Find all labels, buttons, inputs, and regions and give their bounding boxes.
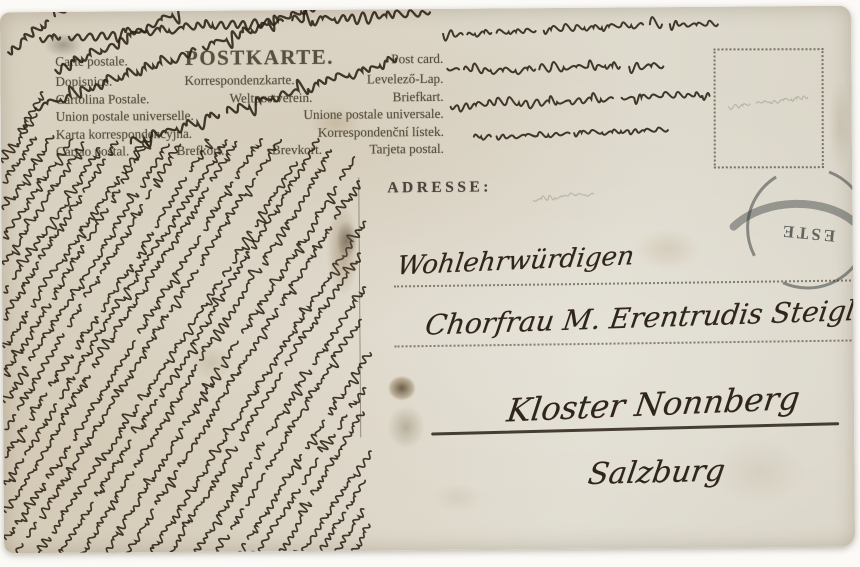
- script-line-message-diagonal: [344, 523, 373, 553]
- paper-stain: [180, 338, 242, 386]
- script-line-message-diagonal: [28, 156, 303, 554]
- postmark-circle: [747, 168, 855, 289]
- script-line-message-diagonal: [139, 217, 371, 554]
- paper-stain: [384, 372, 420, 404]
- postmark-smudge-arc: [733, 203, 853, 226]
- printed-label: Cartolina Postale.: [56, 90, 150, 108]
- printed-label: Union postale universelle.: [56, 107, 194, 126]
- script-line-message-diagonal: [0, 109, 39, 165]
- message-address-divider-line: [358, 178, 361, 438]
- scan-background: { "postcard": { "printed_header": { "lin…: [0, 0, 860, 567]
- printed-header-line: Carte postale.POSTKARTE.Post card.: [55, 45, 443, 73]
- printed-label: Post card.: [391, 47, 443, 70]
- script-line-message-diagonal: [1, 137, 216, 462]
- script-line-message-diagonal: [182, 276, 375, 554]
- address-line-3: Kloster Nonnberg: [505, 379, 802, 429]
- printed-header: Carte postale.POSTKARTE.Post card.Dopisn…: [55, 45, 444, 161]
- address-line-4: Salzburg: [586, 453, 728, 491]
- printed-header-line: Dopisnice.Korrespondenzkarte.Levelező-La…: [55, 70, 443, 91]
- script-line-message-diagonal: [0, 140, 174, 405]
- script-line-message-diagonal: [246, 383, 368, 553]
- script-line-message-diagonal: [229, 349, 375, 553]
- script-line-message-diagonal: [0, 137, 147, 354]
- script-line-message-diagonal: [203, 310, 371, 554]
- script-line-message-diagonal: [46, 137, 329, 553]
- address-line-2: Chorfrau M. Erentrudis Steigl: [423, 294, 855, 342]
- script-line-message-diagonal: [112, 178, 367, 553]
- script-line-message-diagonal: [0, 132, 59, 215]
- script-line-message-diagonal: [0, 134, 246, 514]
- printed-label: Brevkort.: [272, 141, 322, 159]
- printed-label: Briefkart.: [393, 87, 444, 105]
- postcard: Carte postale.POSTKARTE.Post card.Dopisn…: [0, 6, 855, 554]
- printed-label: Unione postale universale.: [303, 105, 443, 124]
- printed-label: POSTKARTE.: [185, 46, 334, 70]
- script-line-pencil-marks: [533, 191, 594, 202]
- address-line-1: Wohlehrwürdigen: [395, 241, 636, 281]
- script-line-top-right-message: [474, 127, 674, 140]
- printed-label: Korrespondenční lístek.: [318, 122, 444, 140]
- script-line-header-overlap: [40, 6, 431, 49]
- script-line-top-right-message: [447, 59, 663, 78]
- script-line-message-diagonal: [91, 154, 362, 554]
- script-line-message-diagonal: [66, 148, 340, 554]
- script-line-top-right-message: [443, 14, 718, 40]
- address-underline: [431, 422, 839, 435]
- paper-stain: [380, 397, 432, 457]
- script-line-message-diagonal: [1, 135, 37, 186]
- printed-label: Carte postale.: [55, 49, 128, 73]
- script-line-message-diagonal: [0, 134, 160, 377]
- postmark-text: ESTE: [779, 221, 836, 245]
- printed-header-line: Cartao postal.Brefkort.Brevkort.Tarjeta …: [56, 140, 444, 161]
- script-line-message-diagonal: [328, 507, 368, 553]
- paper-stain: [822, 61, 855, 191]
- postmark-stamp: ESTE: [715, 156, 855, 297]
- printed-label: Karta korrespondencyjna.: [56, 124, 192, 143]
- printed-label: Cartao postal.: [56, 142, 129, 160]
- script-line-top-right-message: [450, 88, 709, 112]
- printed-label: Dopisnice.: [55, 72, 112, 90]
- printed-label: Korrespondenzkarte.: [184, 71, 294, 89]
- printed-label: Tarjeta postal.: [369, 140, 444, 158]
- stamp-box: [714, 48, 824, 168]
- script-line-message-diagonal: [2, 131, 272, 544]
- paper-stain: [422, 476, 494, 519]
- address-dotted-line-2: [395, 339, 856, 347]
- script-line-message-diagonal: [0, 134, 193, 431]
- script-line-message-diagonal: [0, 137, 109, 297]
- printed-label: Weltpostverein.: [230, 88, 313, 106]
- printed-label: Levelező-Lap.: [367, 70, 444, 88]
- address-dotted-line-1: [394, 279, 855, 287]
- adresse-label: ADRESSE:: [387, 178, 492, 197]
- script-line-message-diagonal: [0, 135, 123, 321]
- script-line-message-diagonal: [158, 250, 366, 554]
- script-line-message-diagonal: [4, 136, 285, 553]
- script-line-message-diagonal: [17, 91, 47, 133]
- script-line-message-diagonal: [311, 479, 370, 553]
- printed-label: Brefkort.: [177, 142, 225, 160]
- script-line-message-diagonal: [0, 136, 231, 488]
- paper-stain: [332, 215, 360, 265]
- script-line-message-diagonal: [289, 445, 374, 553]
